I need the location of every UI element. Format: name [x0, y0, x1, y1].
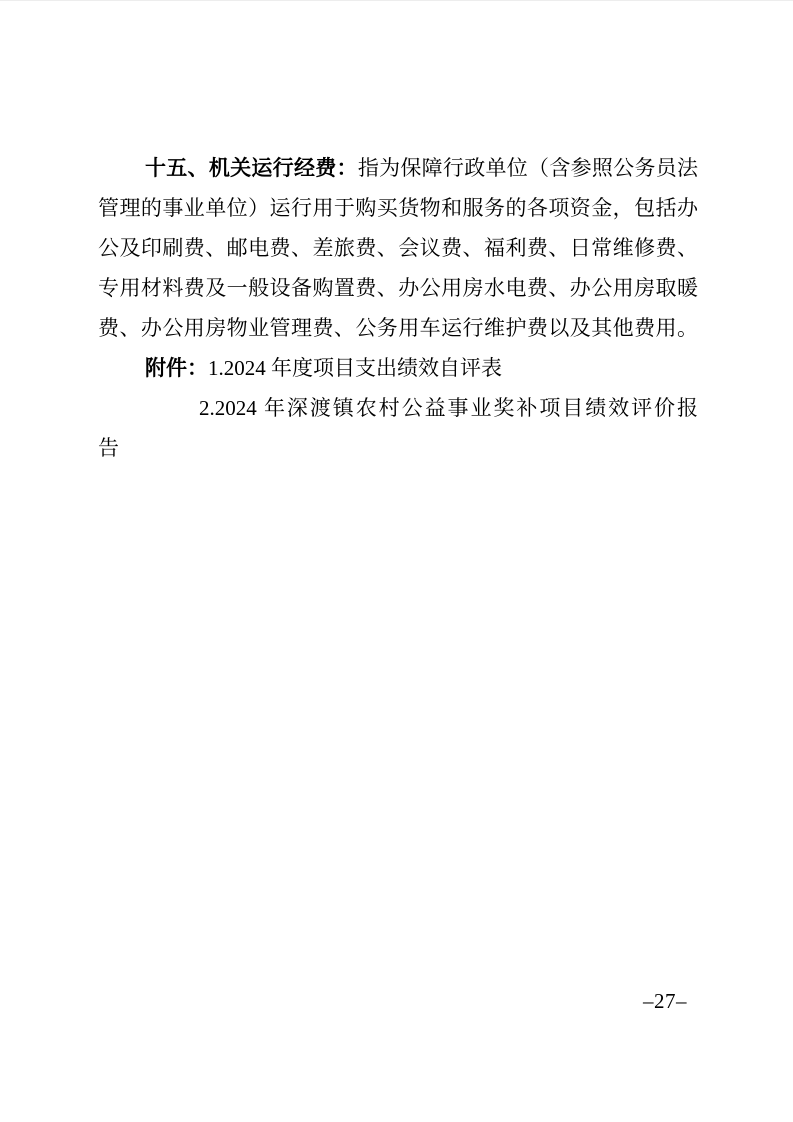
section-heading: 十五、机关运行经费：: [145, 156, 358, 180]
attachment-item-2-line-2: 告: [98, 428, 698, 468]
paragraph-text-line-1: 指为保障行政单位（含参照公务员法: [358, 156, 698, 180]
paragraph-line-1: 十五、机关运行经费：指为保障行政单位（含参照公务员法: [98, 148, 698, 188]
paragraph-line-5: 费、办公用房物业管理费、公务用车运行维护费以及其他费用。: [98, 308, 698, 348]
attachments-line: 附件：1.2024 年度项目支出绩效自评表: [98, 348, 698, 388]
paragraph-text-line-5: 费、办公用房物业管理费、公务用车运行维护费以及其他费用。: [98, 316, 698, 340]
document-page: 十五、机关运行经费：指为保障行政单位（含参照公务员法 管理的事业单位）运行用于购…: [0, 0, 793, 1122]
paragraph-text-line-4: 专用材料费及一般设备购置费、办公用房水电费、办公用房取暖: [98, 276, 698, 300]
paragraph-text-line-2: 管理的事业单位）运行用于购买货物和服务的各项资金，包括办: [98, 196, 698, 220]
attachment-item-2-line-1: 2.2024 年深渡镇农村公益事业奖补项目绩效评价报: [98, 388, 698, 428]
paragraph-line-2: 管理的事业单位）运行用于购买货物和服务的各项资金，包括办: [98, 188, 698, 228]
paragraph-line-3: 公及印刷费、邮电费、差旅费、会议费、福利费、日常维修费、: [98, 228, 698, 268]
attachment-item-2-text: 2.2024 年深渡镇农村公益事业奖补项目绩效评价报: [199, 396, 698, 420]
attachment-item-2-wrap-text: 告: [98, 436, 119, 460]
attachments-label: 附件：: [145, 356, 208, 380]
document-body: 十五、机关运行经费：指为保障行政单位（含参照公务员法 管理的事业单位）运行用于购…: [98, 148, 698, 468]
attachment-item-1: 1.2024 年度项目支出绩效自评表: [208, 356, 502, 380]
page-number: –27–: [643, 990, 687, 1012]
paragraph-text-line-3: 公及印刷费、邮电费、差旅费、会议费、福利费、日常维修费、: [98, 236, 698, 260]
paragraph-line-4: 专用材料费及一般设备购置费、办公用房水电费、办公用房取暖: [98, 268, 698, 308]
